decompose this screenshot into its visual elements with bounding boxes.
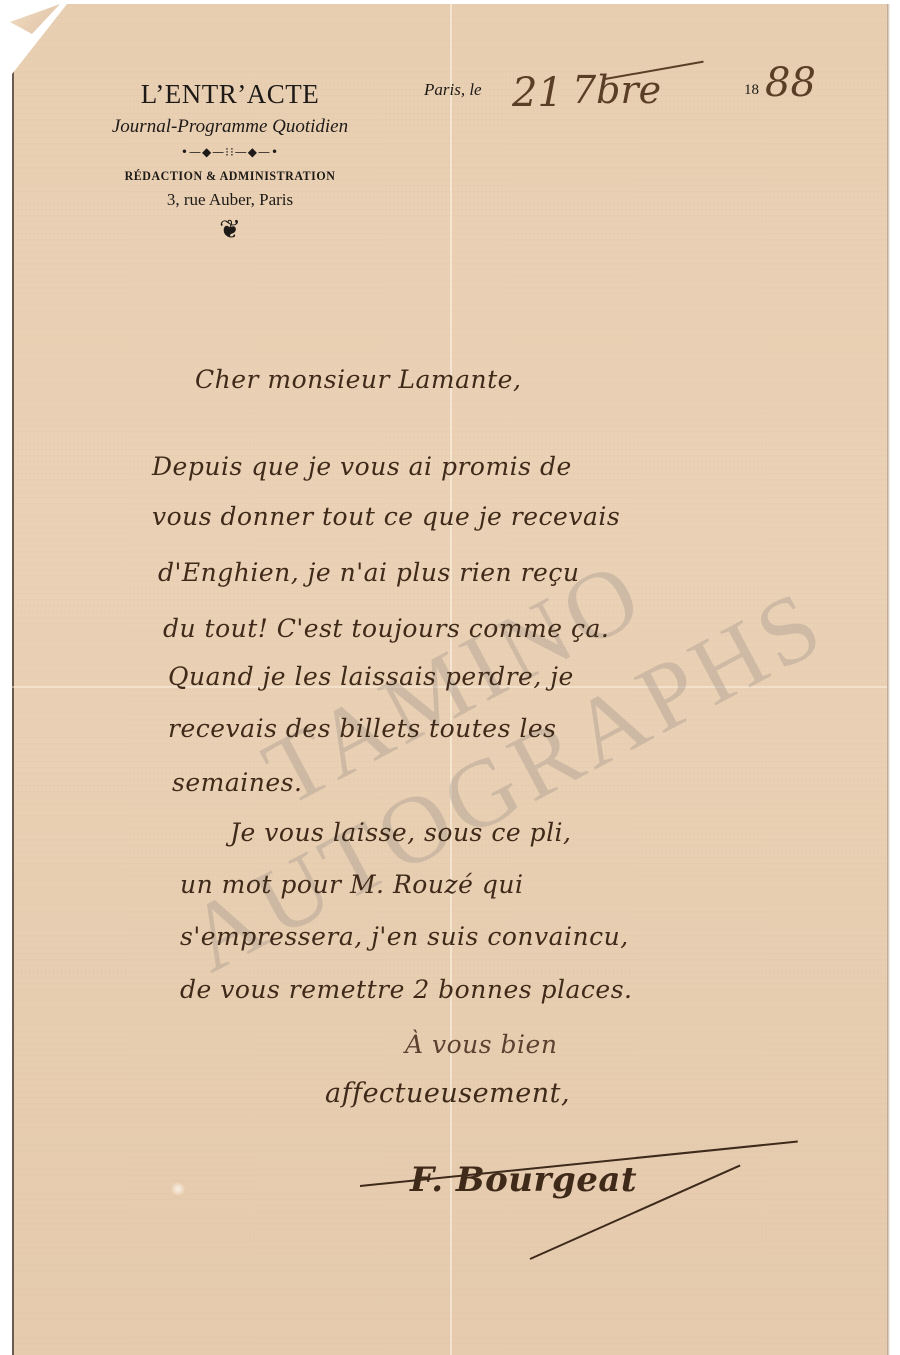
letter-line: recevais des billets toutes les — [168, 714, 556, 743]
letterhead-title: L’ENTR’ACTE — [70, 78, 390, 110]
signature: F. Bourgeat — [410, 1160, 637, 1200]
date-year-handwritten: 88 — [765, 60, 816, 106]
closing-line-1: À vous bien — [405, 1030, 557, 1059]
letterhead-department: RÉDACTION & ADMINISTRATION — [83, 168, 377, 184]
paper-hole — [170, 1180, 186, 1198]
salutation: Cher monsieur Lamante, — [195, 365, 521, 394]
letter-line: du tout! C'est toujours comme ça. — [163, 614, 609, 643]
letter-line: Depuis que je vous ai promis de — [152, 452, 572, 481]
letter-line: de vous remettre 2 bonnes places. — [180, 975, 633, 1004]
letter-line: un mot pour M. Rouzé qui — [180, 870, 523, 899]
letter-line: s'empressera, j'en suis convaincu, — [180, 922, 629, 951]
letter-line: Quand je les laissais perdre, je — [168, 662, 574, 691]
date-month: 7bre — [572, 68, 661, 112]
ornamental-rule-icon: •—◆—⁝⁝—◆—• — [70, 144, 390, 160]
fleuron-ornament-icon: ❦ — [70, 216, 390, 244]
letterhead-subtitle: Journal-Programme Quotidien — [70, 114, 390, 140]
letterhead: L’ENTR’ACTE Journal-Programme Quotidien … — [70, 78, 390, 244]
paper-right-edge — [887, 4, 890, 1355]
letter-line: Je vous laisse, sous ce pli, — [230, 818, 572, 847]
letter-line: d'Enghien, je n'ai plus rien reçu — [158, 558, 579, 587]
date-day: 21 — [512, 70, 563, 116]
letterhead-address: 3, rue Auber, Paris — [70, 190, 390, 210]
date-year-printed: 18 — [744, 82, 759, 99]
dateline-printed-prefix: Paris, le — [424, 80, 482, 100]
closing-line-2: affectueusement, — [325, 1078, 570, 1109]
letter-line: vous donner tout ce que je recevais — [152, 502, 620, 531]
letter-line: semaines. — [172, 768, 302, 797]
